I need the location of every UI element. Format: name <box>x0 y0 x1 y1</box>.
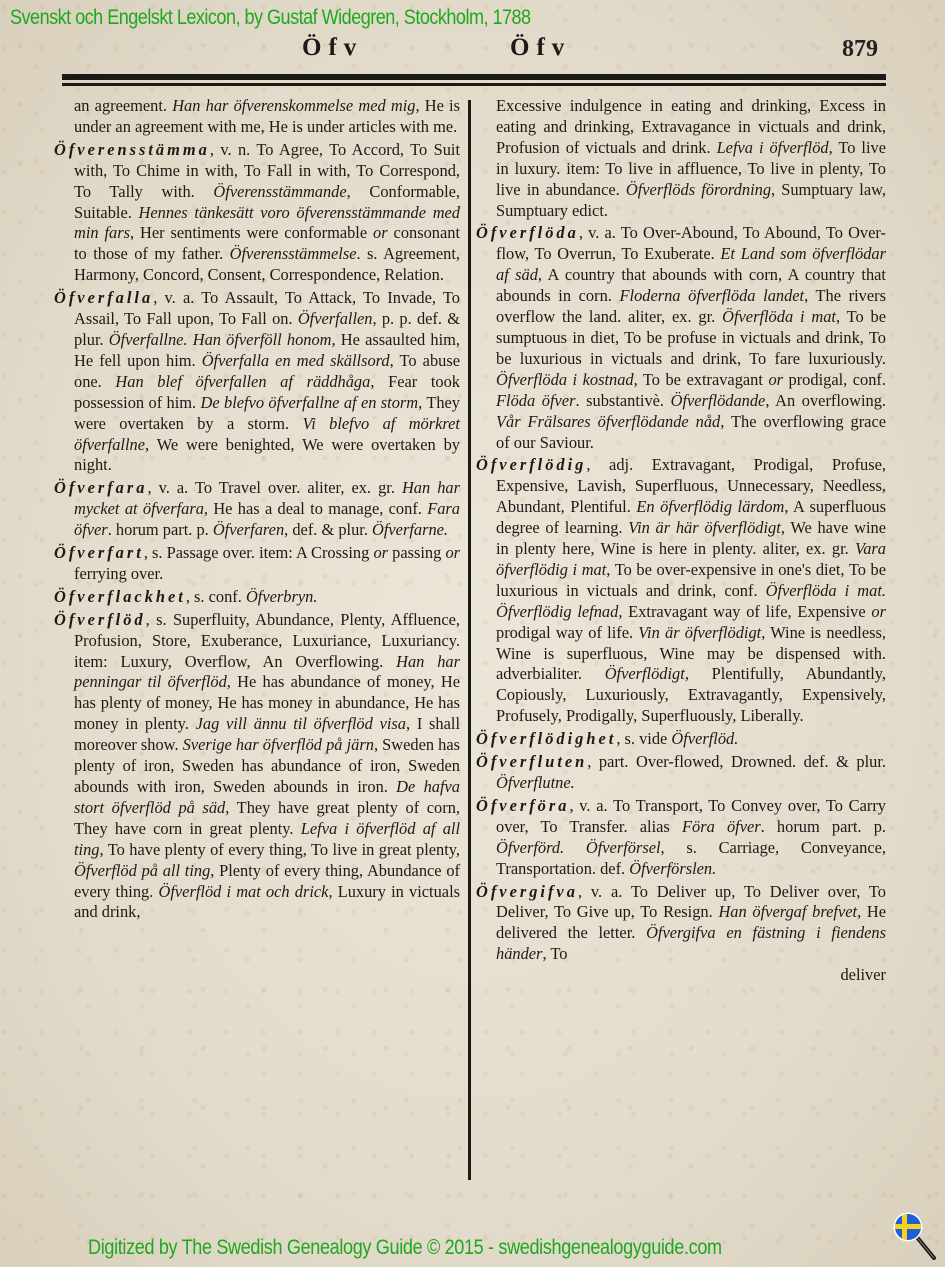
headword: Öfverensstämma <box>54 140 210 159</box>
headword: Öfverflöd <box>54 610 146 629</box>
definition-text: passing <box>388 543 445 562</box>
swedish-example: Öfverflödande <box>671 391 766 410</box>
definition-text: , He has a deal to manage, conf. <box>204 499 427 518</box>
swedish-flag-magnifier-icon <box>890 1210 940 1262</box>
dictionary-entry: Öfverfara, v. a. To Travel over. aliter,… <box>54 478 460 541</box>
swedish-example: Öfverförd. Öfverförsel <box>496 838 661 857</box>
header-double-rule <box>62 74 886 86</box>
swedish-example: Öfverflöd. <box>671 729 738 748</box>
running-head-left: Öfv <box>302 34 363 62</box>
dictionary-entry: Öfverflödighet, s. vide Öfverflöd. <box>476 729 886 750</box>
swedish-example: Föra öfver <box>682 817 761 836</box>
swedish-example: Öfverensstämmelse <box>230 244 357 263</box>
definition-text: , v. a. To Travel over. aliter, ex. gr. <box>147 478 402 497</box>
swedish-example: or <box>871 602 886 621</box>
definition-text: , Extravagant way of life, Expensive <box>618 602 871 621</box>
swedish-example: Han öfvergaf brefvet <box>718 902 857 921</box>
entry-continuation: an agreement. Han har öfverenskommelse m… <box>54 96 460 138</box>
definition-text: , part. Over-flowed, Drowned. def. & plu… <box>587 752 886 771</box>
swedish-example: Öfverfarne. <box>372 520 448 539</box>
headword: Öfverflöda <box>476 223 579 242</box>
definition-text: . substantivè. <box>575 391 670 410</box>
swedish-example: or <box>373 223 388 242</box>
swedish-example: Vin är öfverflödigt <box>638 623 761 642</box>
headword: Öfverfart <box>54 543 144 562</box>
digitizer-title-banner: Svenskt och Engelskt Lexicon, by Gustaf … <box>10 6 531 30</box>
dictionary-entry: Öfverfluten, part. Over-flowed, Drowned.… <box>476 752 886 794</box>
definition-text: , To <box>542 944 567 963</box>
page-number: 879 <box>842 36 878 63</box>
headword: Öfverfluten <box>476 752 587 771</box>
definition-text: , def. & plur. <box>284 520 372 539</box>
catchword: deliver <box>476 965 886 986</box>
dictionary-entry: Öfverflöd, s. Superfluity, Abundance, Pl… <box>54 610 460 924</box>
swedish-example: Lefva i öfverflöd <box>717 138 829 157</box>
headword: Öfverflödighet <box>476 729 616 748</box>
swedish-example: Öfverflöda i kostnad <box>496 370 634 389</box>
swedish-example: or <box>445 543 460 562</box>
swedish-example: Sverige har öfverflöd på järn <box>183 735 374 754</box>
definition-text: . horum part. p. <box>761 817 886 836</box>
dictionary-entry: Öfverflöda, v. a. To Over-Abound, To Abo… <box>476 223 886 453</box>
running-head-right: Öfv <box>510 34 571 62</box>
swedish-example: Öfverfalla en med skällsord <box>202 351 390 370</box>
dictionary-entry: Öfverflödig, adj. Extravagant, Prodigal,… <box>476 455 886 727</box>
swedish-example: Öfverensstämmande <box>213 182 346 201</box>
definition-text: . horum part. p. <box>108 520 213 539</box>
swedish-example: Öfverfallen <box>298 309 373 328</box>
headword: Öfverflödig <box>476 455 586 474</box>
definition-text: ferrying over. <box>74 564 163 583</box>
swedish-example: Han blef öfverfallen af räddhåga <box>115 372 370 391</box>
right-column: Excessive indulgence in eating and drink… <box>476 96 886 986</box>
swedish-example: Öfverbryn. <box>246 587 317 606</box>
definition-text: , An overflowing. <box>765 391 886 410</box>
dictionary-entry: Öfverflackhet, s. conf. Öfverbryn. <box>54 587 460 608</box>
swedish-example: Öfverflöd på all ting <box>74 861 210 880</box>
swedish-example: En öfverflödig lärdom <box>636 497 784 516</box>
swedish-example: Floderna öfverflöda landet <box>620 286 805 305</box>
definition-text: , To be extravagant <box>634 370 769 389</box>
entry-continuation: Excessive indulgence in eating and drink… <box>476 96 886 221</box>
definition-text: , s. conf. <box>186 587 246 606</box>
left-column: an agreement. Han har öfverenskommelse m… <box>54 96 460 925</box>
definition-text: prodigal way of life. <box>496 623 638 642</box>
definition-text: , s. vide <box>616 729 671 748</box>
headword: Öfverföra <box>476 796 569 815</box>
swedish-example: De blefvo öfverfallne af en storm <box>201 393 419 412</box>
swedish-example: Öfverflöda i mat <box>722 307 836 326</box>
swedish-example: Vår Frälsares öfverflödande nåd <box>496 412 720 431</box>
dictionary-entry: Öfverföra, v. a. To Transport, To Convey… <box>476 796 886 880</box>
dictionary-entry: Öfverensstämma, v. n. To Agree, To Accor… <box>54 140 460 286</box>
headword: Öfvergifva <box>476 882 578 901</box>
dictionary-entry: Öfverfalla, v. a. To Assault, To Attack,… <box>54 288 460 476</box>
definition-text: , Her sentiments were conformable <box>130 223 373 242</box>
definition-text: , To have plenty of every thing, To live… <box>100 840 461 859</box>
swedish-example: Öfverflöds förordning <box>626 180 771 199</box>
digitizer-credit-banner: Digitized by The Swedish Genealogy Guide… <box>88 1236 722 1260</box>
swedish-example: Öfverförslen. <box>629 859 716 878</box>
dictionary-entry: Öfverfart, s. Passage over. item: A Cros… <box>54 543 460 585</box>
definition-text: an agreement. <box>74 96 172 115</box>
swedish-example: or <box>768 370 783 389</box>
swedish-example: Öfverflutne. <box>496 773 575 792</box>
dictionary-entry: Öfvergifva, v. a. To Deliver up, To Deli… <box>476 882 886 966</box>
swedish-example: Öfverflöd i mat och drick <box>159 882 329 901</box>
swedish-example: Öfverfallne. Han öfverföll honom <box>109 330 332 349</box>
swedish-example: Han har öfverenskommelse med mig <box>172 96 415 115</box>
definition-text: , s. Passage over. item: A Crossing <box>144 543 374 562</box>
swedish-example: Jag vill ännu til öfverflöd visa <box>196 714 406 733</box>
swedish-example: or <box>373 543 388 562</box>
swedish-example: Vin är här öfverflödigt <box>628 518 781 537</box>
headword: Öfverfalla <box>54 288 153 307</box>
swedish-example: Flöda öfver <box>496 391 575 410</box>
definition-text: prodigal, conf. <box>783 370 886 389</box>
swedish-example: Öfverflödigt <box>605 664 685 683</box>
swedish-example: Öfverfaren <box>213 520 284 539</box>
column-divider <box>468 100 471 1180</box>
headword: Öfverflackhet <box>54 587 186 606</box>
headword: Öfverfara <box>54 478 147 497</box>
